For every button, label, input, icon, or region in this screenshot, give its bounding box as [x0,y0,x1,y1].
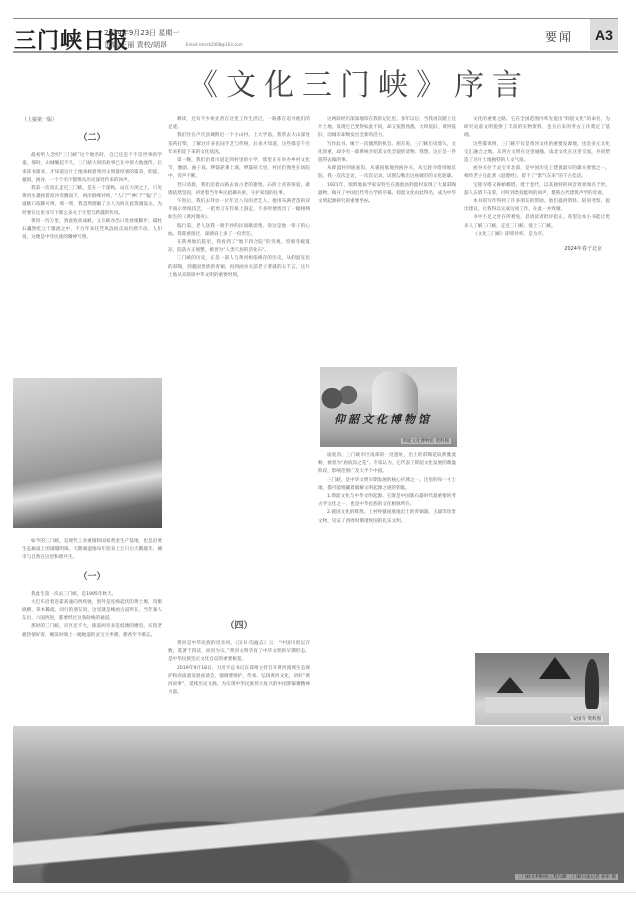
museum-photo: 仰韶文化博物馆 仰韶文化博物馆 资料图 [320,367,457,447]
section-marker-2: （二） [22,130,162,146]
paragraph: 2.虢国文化的辉煌。上村岭虢国墓地出土的青铜器、玉器等珍贵文物，见证了西周时期诸… [318,509,456,525]
temple-photo-caption: 安国寺 资料图 [571,716,603,722]
paragraph: 那时的三门峡，市区还不大，街道两旁多是低矮的楼房。宾馆老板热情好客，晚饭时端上一… [22,623,162,639]
paragraph: 函谷关位于灵宝市北部，是中国历史上建置最早的雄关要塞之一。相传老子在此著《道德经… [464,165,610,181]
paragraph: 《文化三门峡》即将付梓，是为序。 [464,231,610,239]
cypress-tree-graphic [585,659,599,709]
paragraph: 第一晚，我们沿着川道走到村里的小学，那里正在举办乡村文化节，豫剧、曲子戏、锣鼓轮… [168,157,310,182]
author-signoff: 2024年春于北京 [464,245,610,253]
dateline: 2024年9月23日 星期一 责编/王丽 责校/胡昂 [104,27,179,51]
paragraph: 耕读，还有不少祖先曾在这里工作生活过，一路都在追寻他们的足迹。 [168,116,310,132]
paragraph: 文化的重要之路。它在全国范围内率先提出“仰韶文化”的命名，为研究史前文明提供了丰… [464,116,610,141]
dam-panorama-photo: 三门峡水利枢纽工程鸟瞰 三门峡日报记者 孙军 摄 [13,726,624,883]
paragraph: 从仰韶村到庙底沟，从虢国墓地到函谷关，从宝轮寺塔到地坑院，我一次次走访，一次次记… [318,165,456,181]
trees-graphic [320,379,360,411]
museum-building-graphic [372,371,418,415]
column-3: 这两段经历深深地印在我的记忆里。多年以后，当我再次踏上这片土地，发现它已变得如此… [318,116,456,362]
paragraph: 最初听人念叨“三门峡”这个地名时，自己还是个不谙世事的学童。那时，山城崛起不久，… [22,152,162,185]
paragraph: 庙底沟，三门峡市区南部的一处遗址，出土的彩陶花纹典雅流畅，被誉为“庙底沟之花”。… [318,452,456,477]
page-number-badge: A3 [590,19,618,50]
pagoda-roof-graphic [535,657,575,679]
paragraph: 翌日清晨，我们沿着山路去看古老的寨堡。石阶上青苔斑驳，寨墙依然坚固，讲述着当年乡… [168,182,310,198]
paragraph: 三门峡的历史，正是一部人与黄河相依相存的历史。从仰韶先民的彩陶，到虢国贵族的青铜… [168,255,310,280]
paragraph: 在陕州地坑院里，我看到了“地下四合院”的奇观。窑洞冬暖夏凉，院落方正规整，被誉为… [168,239,310,255]
paragraph: 书中不足之处在所难免，恳请读者批评指正。希望这本小书能让更多人了解三门峡、走近三… [464,214,610,230]
paragraph: 三门峡，是中华文明早期发展的核心区域之一。这里的每一寸土地，都可能埋藏着破解文明… [318,477,456,493]
column-2-section-4: （四） 黄河是中华民族的母亲河。《汉书·沟洫志》云：“中国川原以百数，莫著于四渎… [168,612,310,722]
panorama-photo-caption: 三门峡水利枢纽工程鸟瞰 三门峡日报记者 孙军 摄 [515,874,618,880]
paragraph: 我此生第一次去三门峡，是1995年秋天。 [22,591,162,599]
article-title: 《文化三门峡》序言 [188,60,530,104]
column-3-bottom: 庙底沟，三门峡市区南部的一处遗址，出土的彩陶花纹典雅流畅，被誉为“庙底沟之花”。… [318,452,456,722]
paragraph: 1.仰韶文化与中华文明起源。它既是中国新石器时代最重要的考古学文化之一，也是中华… [318,493,456,509]
pavilion-roof-graphic [495,677,525,693]
column-1: （上接第一版） （二） 最初听人念叨“三门峡”这个地名时，自己还是个不谙世事的学… [22,116,162,374]
section-marker-4: （四） [168,618,310,634]
museum-sign-text: 仰韶文化博物馆 [334,411,432,427]
continued-note: （上接第一版） [22,116,162,124]
paragraph: 这些都说明，三门峡不仅是黄河文化的重要发源地，也是多元文化交汇融合之地。东西方文… [464,141,610,166]
column-2: 耕读，还有不少祖先曾在这里工作生活过，一路都在追寻他们的足迹。 我们住在卢氏县城… [168,116,310,606]
section-name: 要闻 [545,28,573,45]
paragraph: 写作此书，缘于一次偶然的机会。朋友说，三门峡历史悠久、文化厚重，却少有一部系统介… [318,141,456,166]
paragraph: 大巴车沿着连霍高速向西疾驰，窗外是连绵起伏的黄土塬，沟壑纵横，草木稀疏。同行的朋… [22,599,162,624]
issue-date: 2024年9月23日 星期一 [104,27,179,39]
contact-email: Email:smxrb2008@163.com [186,42,243,47]
paragraph: 临行前，老人送我一册手抄的民间歌谣集，说这是他一辈子的心血。我郑重接过，深感肩上… [168,223,310,239]
paragraph: 黄河一泻万里，到此收束成峡，又在峡谷出口处放缓脚步。砥柱石巍然屹立于激流之中，千… [22,218,162,243]
paragraph: 这两段经历深深地印在我的记忆里。多年以后，当我再次踏上这片土地，发现它已变得如此… [318,116,456,141]
masthead-top-rule [13,18,618,19]
paragraph: 我第一次真正走近三门峡，是在一个深秋。站在大坝之上，只见黄河水裹挟着泥沙奔腾而下… [22,185,162,218]
paragraph: 本书的写作得到了许多朋友的帮助。他们提供资料、陪同考察、提出建议，让我得以完成这… [464,198,610,214]
section-marker-1: （一） [22,569,162,585]
paragraph: 2019年9月18日，习近平总书记在郑州主持召开黄河流域生态保护和高质量发展座谈… [168,665,310,698]
column-4: 文化的重要之路。它在全国范围内率先提出“仰韶文化”的命名，为研究史前文明提供了丰… [464,116,610,646]
paragraph: 如今的三门峡，是现代工业重镇和国家黄金生产基地，也是沿黄生态廊道上的璀璨明珠。天… [22,538,162,563]
paragraph: 宝轮寺塔又称蛤蟆塔，建于金代，以其独特的回音效果闻名于世。游人在塔下击掌，可听到… [464,182,610,198]
paragraph: 1921年，瑞典地质学家安特生在渑池县仰韶村发现了大量彩陶器物，揭开了中国近代考… [318,182,456,207]
page-footer-rule [0,892,636,893]
paragraph: 我们住在卢氏县城附近一个小山村。上大学前，我常去大山深处采药打柴，了解过许多民间… [168,132,310,157]
masthead-bottom-rule [13,51,618,53]
temple-photo: 安国寺 资料图 [475,653,609,725]
editor-credits: 责编/王丽 责校/胡昂 [104,39,179,51]
paragraph: 午饭后，我们去拜访一位年过八旬的老艺人。他用布满老茧的双手演示剪纸技艺，一把剪刀… [168,198,310,223]
canyon-photo [13,378,162,528]
paragraph: 黄河是中华民族的母亲河。《汉书·沟洫志》云：“中国川原以百数，莫著于四渎，而河为… [168,640,310,665]
temple-wall-graphic [485,695,601,713]
museum-photo-caption: 仰韶文化博物馆 资料图 [401,438,451,444]
column-1-bottom: 如今的三门峡，是现代工业重镇和国家黄金生产基地，也是沿黄生态廊道上的璀璨明珠。天… [22,538,162,724]
